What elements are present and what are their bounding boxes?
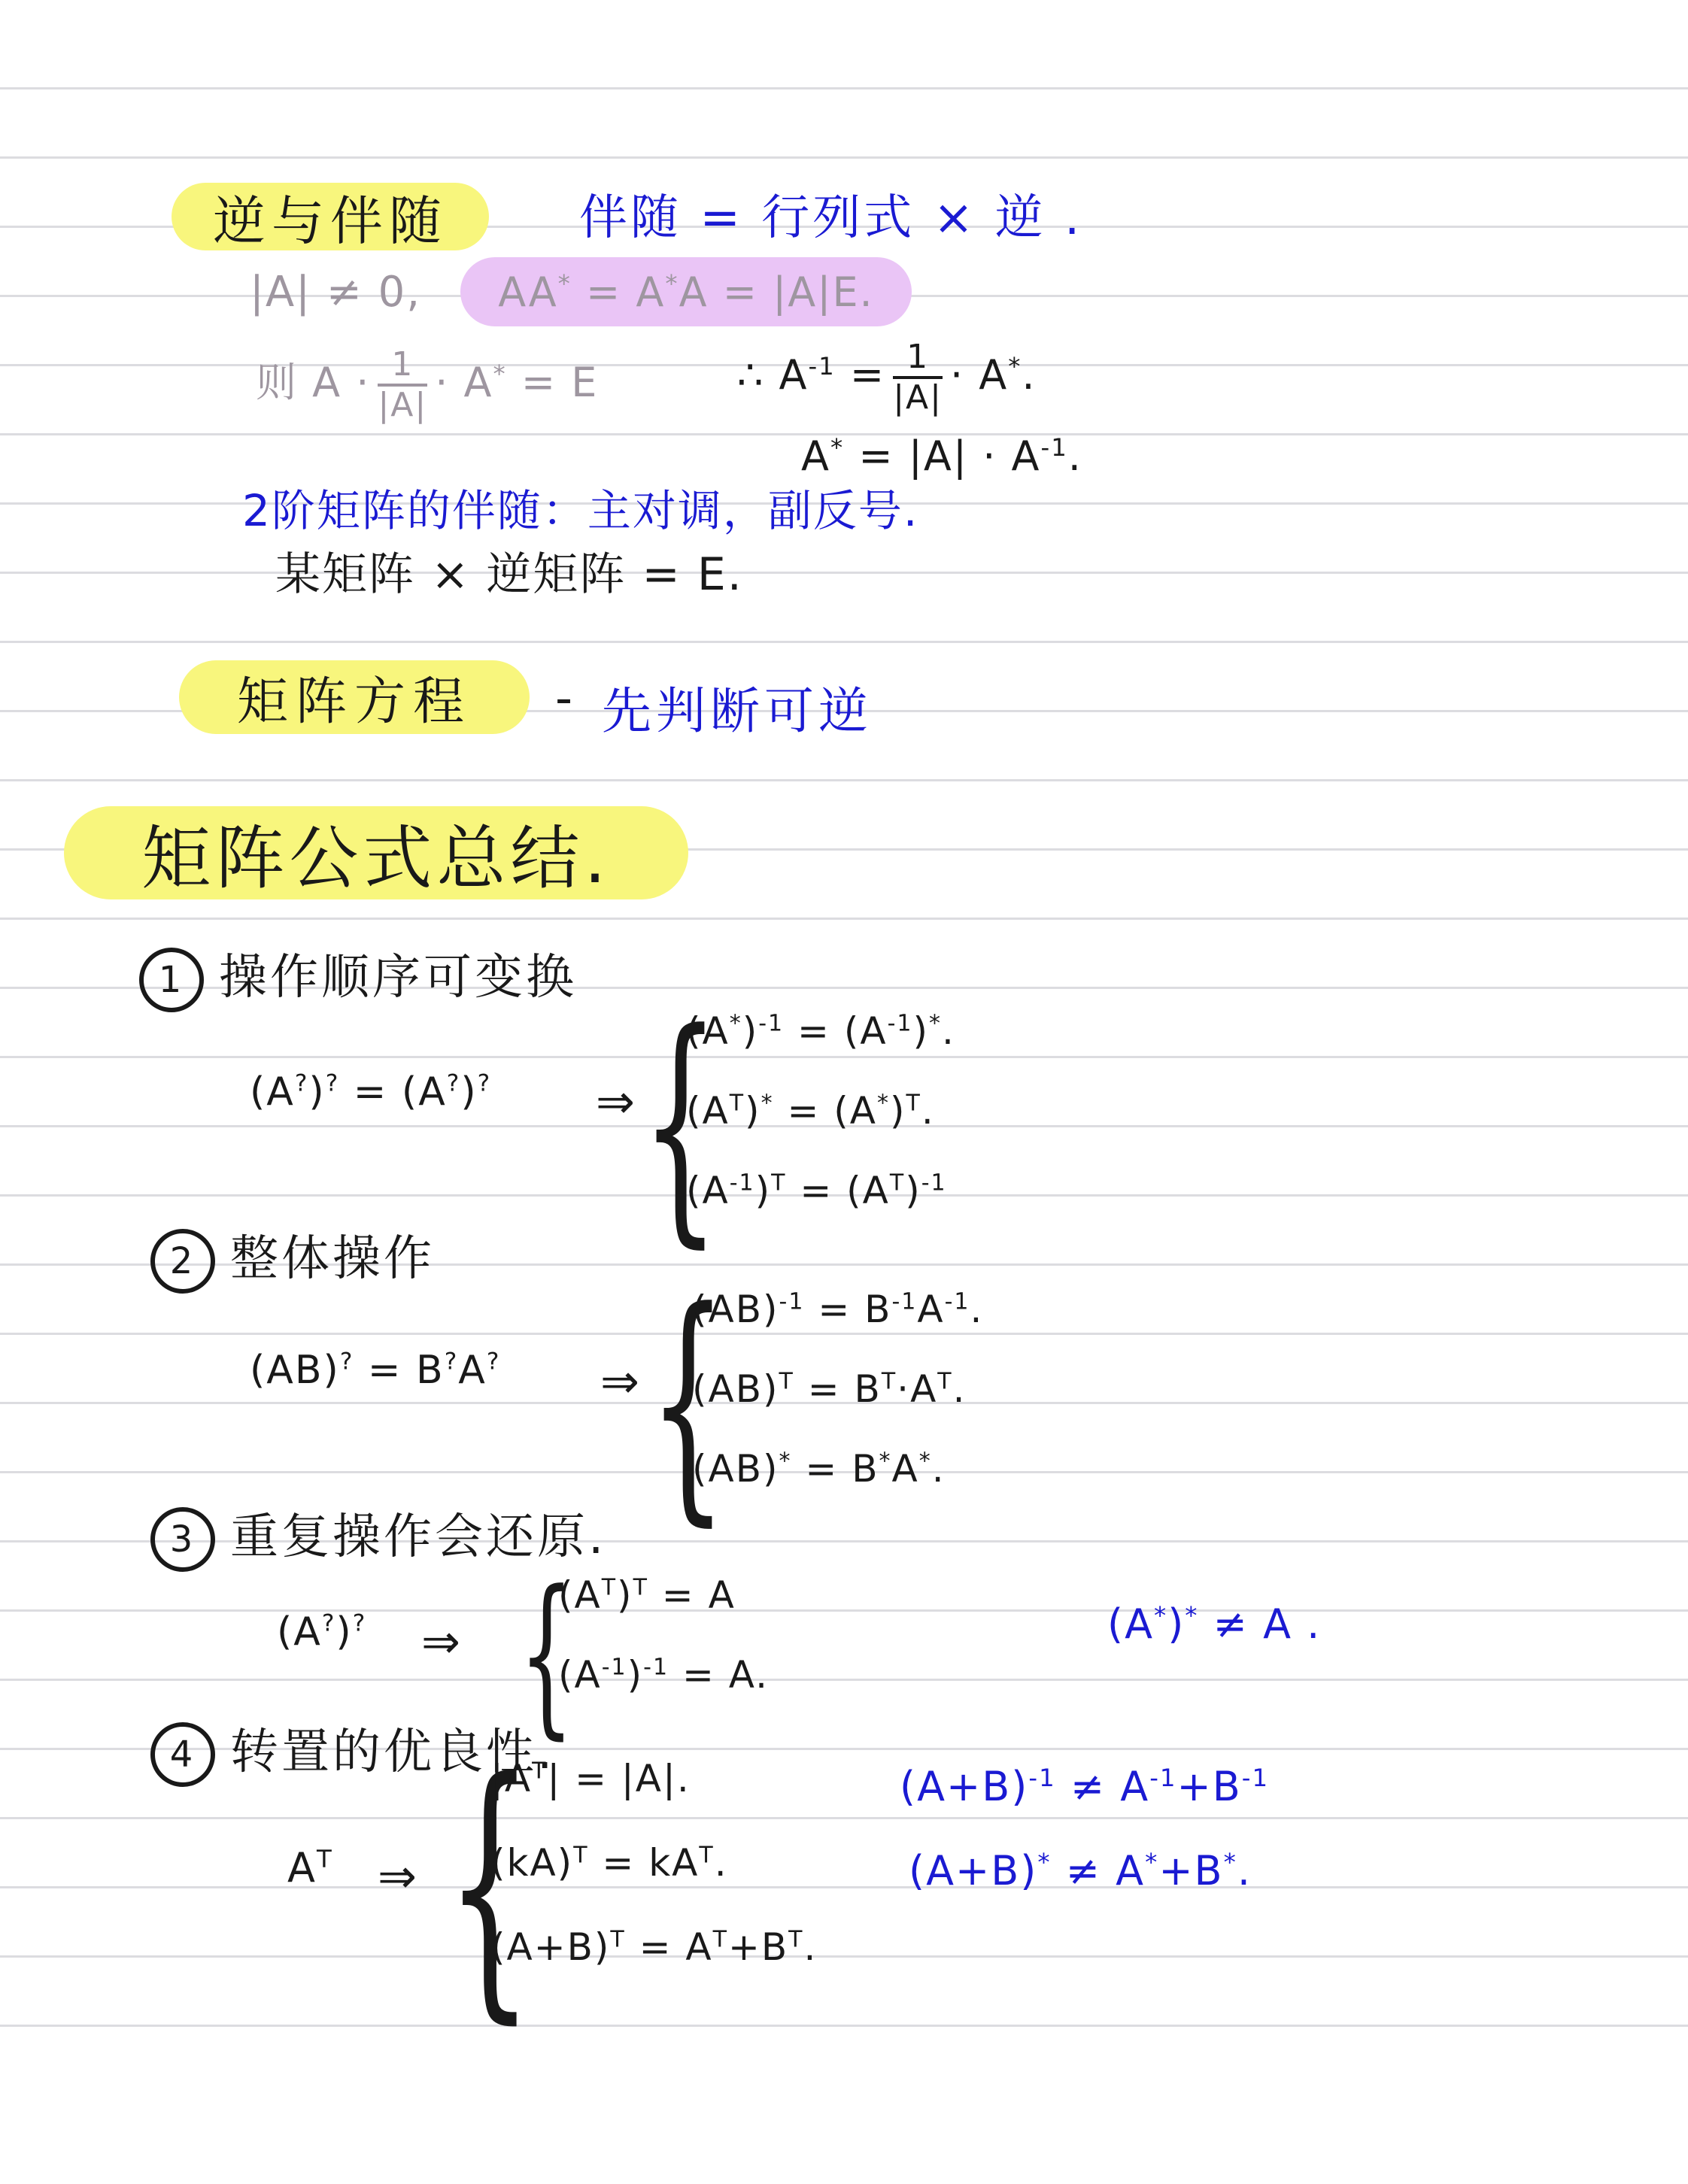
then-prefix: 则 A · <box>256 359 370 406</box>
item2-formula-2: (AB)T = BT·AT. <box>692 1367 967 1411</box>
item4-formula-3: (A+B)T = AT+BT. <box>490 1925 817 1969</box>
matrix-equation-tip: 先判断可逆 <box>602 671 873 742</box>
item3-exception: (A*)* ≠ A . <box>1107 1600 1321 1648</box>
section-inverse-adjoint-highlight: 逆与伴随 <box>172 183 489 250</box>
item2-formula-3: (AB)* = B*A*. <box>692 1447 946 1491</box>
item2-arrow: ⇒ <box>600 1354 639 1409</box>
item2-heading-text: 整体操作 <box>230 1231 435 1287</box>
item4-formula-1: |AT| = |A|. <box>490 1757 691 1800</box>
item1-formula-3: (A-1)T = (AT)-1 <box>686 1169 947 1212</box>
conclusion-suffix: · A*. <box>950 351 1037 399</box>
item2-number: 2 <box>150 1229 215 1294</box>
item2-lhs: (AB)? = B?A? <box>250 1348 500 1393</box>
then-line: 则 A ·1|A|· A* = E <box>256 347 598 423</box>
adjoint-identity-formula: AA* = A*A = |A|E. <box>498 268 873 316</box>
fraction-denominator: |A| <box>893 379 943 415</box>
section-matrix-equation-title: 矩阵方程 <box>237 661 472 734</box>
then-suffix: · A* = E <box>435 359 598 406</box>
section-formula-summary-title: 矩阵公式总结. <box>141 803 610 902</box>
item1-arrow: ⇒ <box>596 1074 635 1129</box>
item3-number: 3 <box>150 1507 215 1572</box>
fraction-numerator: 1 <box>378 347 427 387</box>
adjoint-annotation: 伴随 = 行列式 × 逆 . <box>579 179 1082 248</box>
item2-heading: 2整体操作 <box>150 1220 435 1294</box>
item1-formula-1: (A*)-1 = (A-1)*. <box>686 1009 955 1053</box>
section-matrix-equation-highlight: 矩阵方程 <box>179 660 530 734</box>
item3-formula-1: (AT)T = A <box>558 1573 736 1617</box>
conclusion-line: ∴ A-1 =1|A|· A*. <box>737 340 1037 415</box>
item1-lhs: (A?)? = (A?)? <box>250 1069 491 1115</box>
item4-arrow: ⇒ <box>378 1849 417 1903</box>
item1-heading: 1操作顺序可变换 <box>139 939 577 1012</box>
determinant-condition: |A| ≠ 0, <box>250 268 421 317</box>
item2-formula-1: (AB)-1 = B-1A-1. <box>692 1288 983 1331</box>
item3-formula-2: (A-1)-1 = A. <box>558 1653 769 1697</box>
inverse-product-note: 某矩阵 × 逆矩阵 = E. <box>275 538 743 603</box>
conclusion-fraction: 1|A| <box>893 340 943 415</box>
item4-exception-1: (A+B)-1 ≠ A-1+B-1 <box>900 1763 1269 1810</box>
dash: - <box>555 671 572 726</box>
fraction-numerator: 1 <box>893 340 943 379</box>
item4-number: 4 <box>150 1722 215 1787</box>
item1-number: 1 <box>139 948 204 1012</box>
item4-formula-2: (kA)T = kAT. <box>490 1841 728 1885</box>
item1-heading-text: 操作顺序可变换 <box>219 950 577 1006</box>
item4-lhs: AT <box>287 1844 333 1891</box>
fraction-denominator: |A| <box>378 387 427 423</box>
order2-adjoint-note: 2阶矩阵的伴随：主对调，副反号. <box>242 475 918 538</box>
notes-page: 逆与伴随 伴随 = 行列式 × 逆 . |A| ≠ 0, AA* = A*A =… <box>0 0 1688 2184</box>
item1-formula-2: (AT)* = (A*)T. <box>686 1089 935 1133</box>
then-fraction: 1|A| <box>378 347 427 423</box>
conclusion-prefix: ∴ A-1 = <box>737 351 885 399</box>
section-inverse-adjoint-title: 逆与伴随 <box>213 179 448 255</box>
item4-exception-2: (A+B)* ≠ A*+B*. <box>909 1847 1252 1894</box>
item3-arrow: ⇒ <box>421 1614 460 1669</box>
item3-lhs: (A?)? <box>277 1609 366 1655</box>
adjoint-formula: A* = |A| · A-1. <box>801 432 1082 480</box>
section-formula-summary-highlight: 矩阵公式总结. <box>64 806 688 899</box>
adjoint-identity-highlight: AA* = A*A = |A|E. <box>460 257 912 326</box>
